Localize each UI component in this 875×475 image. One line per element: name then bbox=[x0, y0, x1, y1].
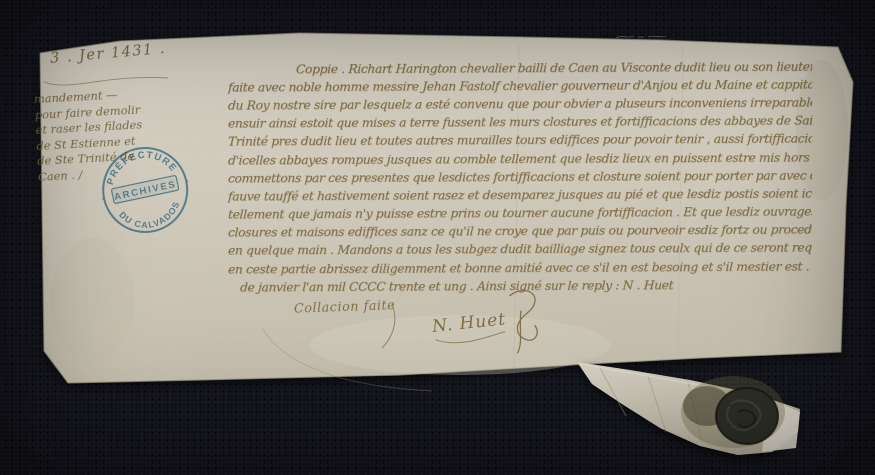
signature-block: N. Huet bbox=[420, 286, 570, 364]
faint-pencil-notation bbox=[614, 31, 670, 43]
photograph-of-parchment: 3 . Jer 1431 . mandement — pour faire de… bbox=[0, 0, 875, 475]
signature-name: N. Huet bbox=[430, 309, 507, 337]
signature: N. Huet bbox=[420, 286, 570, 364]
signature-flourish bbox=[509, 289, 541, 353]
archive-stamp: PRÉFECTURE DU CALVADOS ARCHIVES bbox=[90, 134, 199, 243]
wax-seal bbox=[716, 388, 778, 444]
